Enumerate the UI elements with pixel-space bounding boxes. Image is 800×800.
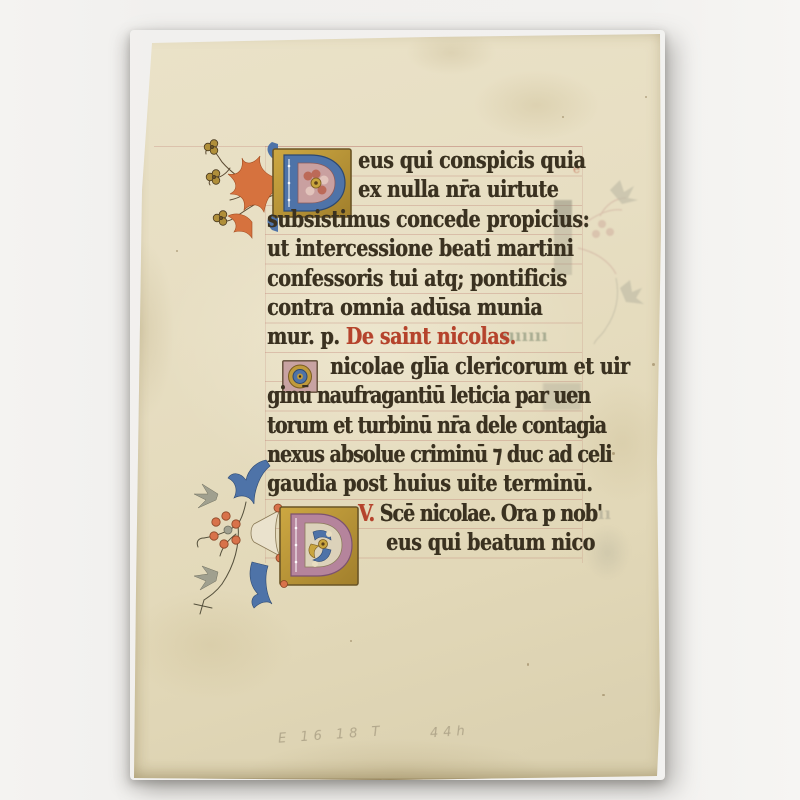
text-line-5: confessoris tui atq; pontificis (267, 267, 567, 291)
text-segment: eus qui beatum nico (386, 529, 595, 557)
text-line-6: contra omnia adūsa munia (267, 296, 542, 320)
photograph-background: ııııııı ıııı e (0, 0, 800, 800)
text-line-2: ex nulla nr̄a uirtute (358, 178, 558, 202)
orange-berries (210, 512, 240, 548)
text-segment: ginū naufragantiū leticia par uen (267, 382, 590, 410)
pencil-inscription-right: 44h (430, 724, 471, 742)
text-segment: subsistimus concede propicius: (267, 206, 589, 234)
blue-acanthus-leaf-lower (250, 562, 272, 608)
text-segment: mur. p. (267, 323, 346, 351)
gold-trefoil-3 (213, 211, 227, 226)
text-line-14: eus qui beatum nico (386, 531, 595, 555)
text-segment: contra omnia adūsa munia (267, 294, 542, 322)
text-line-7: mur. p. De saint nicolas. (267, 325, 516, 349)
blue-acanthus-leaf-upper (228, 460, 270, 504)
versicle-mark: V. (358, 500, 380, 528)
marginal-spray-top-left (168, 134, 278, 249)
text-line-11: nexus absolue criminū ⁊ duc ad celi (267, 443, 611, 467)
pencil-inscription-left: E 16 18 T (278, 724, 385, 746)
text-segment: torum et turbinū nr̄a dele contagia (267, 412, 606, 440)
verso-show-through-floral (550, 168, 668, 358)
text-segment: nicolae glīa clericorum et uir (330, 353, 630, 381)
text-line-13: V. Scē nicolae. Ora p nob' (358, 502, 602, 526)
text-line-3: subsistimus concede propicius: (267, 208, 589, 232)
rubric-heading: De saint nicolas. (346, 323, 516, 351)
text-line-10: torum et turbinū nr̄a dele contagia (267, 414, 606, 438)
text-segment: confessoris tui atq; pontificis (267, 265, 567, 293)
text-segment: ex nulla nr̄a uirtute (358, 176, 558, 204)
text-line-12: gaudia post huius uite terminū. (267, 472, 592, 496)
text-segment: Scē nicolae. Ora p nob' (380, 500, 602, 528)
text-segment: gaudia post huius uite terminū. (267, 470, 592, 498)
text-line-4: ut intercessione beati martini (267, 237, 573, 261)
gold-trefoil-2 (206, 170, 220, 185)
text-segment: ut intercessione beati martini (267, 235, 573, 263)
text-segment: nexus absolue criminū ⁊ duc ad celi (267, 441, 611, 469)
text-line-9: ginū naufragantiū leticia par uen (267, 384, 590, 408)
text-line-8: nicolae glīa clericorum et uir (330, 355, 630, 379)
white-cusped-leaf (251, 510, 280, 556)
illuminated-initial-d-bottom (279, 506, 359, 589)
text-line-1: eus qui conspicis quia (358, 149, 585, 173)
manuscript-leaf: ııııııı ıııı e (130, 30, 665, 780)
text-segment: eus qui conspicis quia (358, 147, 585, 175)
